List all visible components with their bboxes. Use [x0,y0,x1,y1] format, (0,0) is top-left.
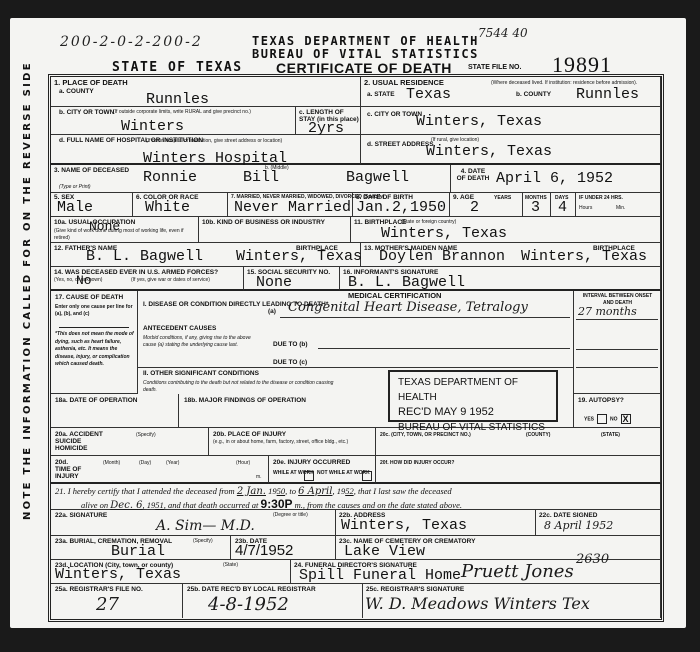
funeral-director-signature: Pruett Jones [461,561,574,582]
length-of-stay-cell: c. LENGTH OF STAY (in this place) 2yrs [296,107,361,135]
father-birthplace-value: Winters, Texas [236,248,362,265]
handwritten-code: 200-2-0-2-200-2 [60,34,203,50]
residence-cell: 2. USUAL RESIDENCE (Where deceased lived… [361,77,661,107]
ssn-cell: 15. SOCIAL SECURITY NO. None [244,267,340,291]
sex-value: Male [57,199,93,216]
cause-a-value: Congenital Heart Disease, Tetralogy [288,300,528,315]
age-days-value: 4 [558,199,567,216]
marital-value: Never Married [234,199,351,216]
attended-from-date: 2 Jan. [237,486,266,497]
interval-value: 27 months [578,305,637,318]
date-signed-cell: 22c. DATE SIGNED 8 April 1952 [536,510,661,536]
hospital-cell: d. FULL NAME OF HOSPITAL OR INSTITUTION … [51,135,361,165]
age-days-cell: DAYS 4 [551,193,576,217]
age-months-value: 3 [531,199,540,216]
marital-cell: 7. MARRIED, NEVER MARRIED, WIDOWED, DIVO… [228,193,353,217]
date-of-death-value: April 6, 1952 [496,170,613,187]
residence-street-cell: d. STREET ADDRESS (If rural, give locati… [361,135,661,165]
while-at-work-checkbox[interactable] [304,471,314,481]
signature-cell: 22a. SIGNATURE (Degree or title) A. Sim—… [51,510,336,536]
date-signed-value: 8 April 1952 [544,519,613,532]
burial-date-value: 4/7/1952 [235,542,293,559]
age-months-cell: MONTHS 3 [523,193,551,217]
death-county-value: Runnles [146,91,209,108]
age-years-value: 2 [470,199,479,216]
stamp-line-3: BUREAU OF VITAL STATISTICS [398,420,548,435]
registrar-date-value: 4-8-1952 [208,594,289,615]
interval-cell: INTERVAL BETWEEN ONSET AND DEATH 27 mont… [574,291,661,394]
occupation-cell: 10a. USUAL OCCUPATION (Give kind of work… [51,217,199,243]
received-stamp: TEXAS DEPARTMENT OF HEALTH REC'D MAY 9 1… [388,370,558,422]
occupation-value: None [89,219,120,234]
registrar-file-cell: 25a. REGISTRAR'S FILE NO. 27 [51,584,183,618]
place-of-injury-cell: 20b. PLACE OF INJURY (e.g., in or about … [209,428,376,456]
name-cell: 3. NAME OF DECEASED (Type or Print) Ronn… [51,165,451,193]
business-cell: 10b. KIND OF BUSINESS OR INDUSTRY [199,217,351,243]
sex-cell: 5. SEX Male [51,193,133,217]
not-while-at-work-checkbox[interactable] [362,471,372,481]
funeral-home-value: Spill Funeral Home [299,567,461,584]
place-of-death-county-cell: 1. PLACE OF DEATH a. COUNTY Runnles [51,77,361,107]
death-city-value: Winters [121,118,184,135]
funeral-director-number: 2630 [576,552,609,567]
birthplace-cell: 11. BIRTHPLACE (State or foreign country… [351,217,661,243]
certification-cell: 21. I hereby certify that I attended the… [51,484,661,510]
father-name-value: B. L. Bagwell [86,248,203,265]
date-of-birth-value: Jan.2,1950 [356,199,446,216]
informant-cell: 16. INFORMANT'S SIGNATURE B. L. Bagwell [340,267,661,291]
residence-state-value: Texas [406,86,451,103]
agency-line-1: TEXAS DEPARTMENT OF HEALTH [252,34,479,48]
age-years-cell: 9. AGE YEARS 2 [450,193,523,217]
injury-occurred-cell: 20e. INJURY OCCURRED WHILE AT WORK NOT W… [269,456,376,484]
residence-street-value: Winters, Texas [426,143,552,160]
residence-county-value: Runnles [576,86,639,103]
first-name-value: Ronnie [143,169,197,186]
cemetery-cell: 23c. NAME OF CEMETERY OR CREMATORY Lake … [336,536,661,560]
mother-birthplace-value: Winters, Texas [521,248,647,265]
physician-signature: A. Sim— M.D. [156,518,255,534]
burial-date-cell: 23b. DATE 4/7/1952 [231,536,336,560]
mother-name-value: Doylen Brannon [379,248,505,265]
last-name-value: Bagwell [346,169,409,186]
address-cell: 22b. ADDRESS Winters, Texas [336,510,536,536]
autopsy-no-checkbox[interactable]: X [621,414,631,424]
state-title: STATE OF TEXAS [112,60,243,75]
residence-city-cell: c. CITY OR TOWN Winters, Texas [361,107,661,135]
ssn-value: None [256,274,292,291]
mother-cell: 13. MOTHER'S MAIDEN NAME Doylen Brannon … [361,243,661,267]
death-time-value: 9:30P [261,497,293,511]
death-certificate-form: 1. PLACE OF DEATH a. COUNTY Runnles 2. U… [48,74,664,622]
date-of-birth-cell: 8. DATE OF BIRTH Jan.2,1950 [353,193,450,217]
race-value: White [145,199,190,216]
burial-cell: 23a. BURIAL, CREMATION, REMOVAL (Specify… [51,536,231,560]
stamp-line-2: REC'D MAY 9 1952 [398,405,548,420]
state-file-label: STATE FILE NO. [468,64,521,71]
birthplace-value: Winters, Texas [381,225,507,242]
registrar-signature-value: W. D. Meadows Winters Tex [365,594,590,613]
agency-line-2: BUREAU OF VITAL STATISTICS [252,47,479,61]
informant-value: B. L. Bagwell [348,274,465,291]
time-of-injury-cell: 20d. TIME OF INJURY (Month) (Day) (Year)… [51,456,269,484]
operation-date-cell: 18a. DATE OF OPERATION [51,394,179,428]
physician-address-value: Winters, Texas [341,517,467,534]
burial-location-cell: 23d. LOCATION (City, town, or county) (S… [51,560,291,584]
residence-city-value: Winters, Texas [416,113,542,130]
father-cell: 12. FATHER'S NAME B. L. Bagwell BIRTHPLA… [51,243,361,267]
autopsy-cell: 19. AUTOPSY? YESNOX [574,394,661,428]
registrar-signature-cell: 25c. REGISTRAR'S SIGNATURE W. D. Meadows… [363,584,661,618]
burial-location-value: Winters, Texas [55,566,181,583]
corner-numbers: 7544 40 [478,26,528,40]
funeral-director-cell: 24. FUNERAL DIRECTOR'S SIGNATURE Spill F… [291,560,661,584]
race-cell: 6. COLOR OR RACE White [133,193,228,217]
registrar-date-cell: 25b. DATE REC'D BY LOCAL REGISTRAR 4-8-1… [183,584,363,618]
how-injury-cell: 20f. HOW DID INJURY OCCUR? [376,456,661,484]
date-of-death-cell: 4. DATE OF DEATH April 6, 1952 [451,165,661,193]
reverse-side-note: NOTE THE INFORMATION CALLED FOR ON THE R… [22,61,33,520]
burial-value: Burial [111,543,165,560]
registrar-file-value: 27 [96,594,119,615]
autopsy-yes-checkbox[interactable] [597,414,607,424]
cemetery-value: Lake View [344,543,425,560]
armed-forces-value: No [76,273,92,288]
death-city-cell: b. CITY OR TOWN (If outside corporate li… [51,107,296,135]
accident-cell: 20a. ACCIDENT SUICIDE HOMICIDE (Specify) [51,428,209,456]
cause-instructions-cell: 17. CAUSE OF DEATH Enter only one cause … [51,291,138,394]
armed-forces-cell: 14. WAS DECEASED EVER IN U.S. ARMED FORC… [51,267,244,291]
stamp-line-1: TEXAS DEPARTMENT OF HEALTH [398,375,548,405]
attended-to-date: 6 April [298,486,332,497]
age-under-24-cell: IF UNDER 24 HRS. Hours Min. [576,193,661,217]
